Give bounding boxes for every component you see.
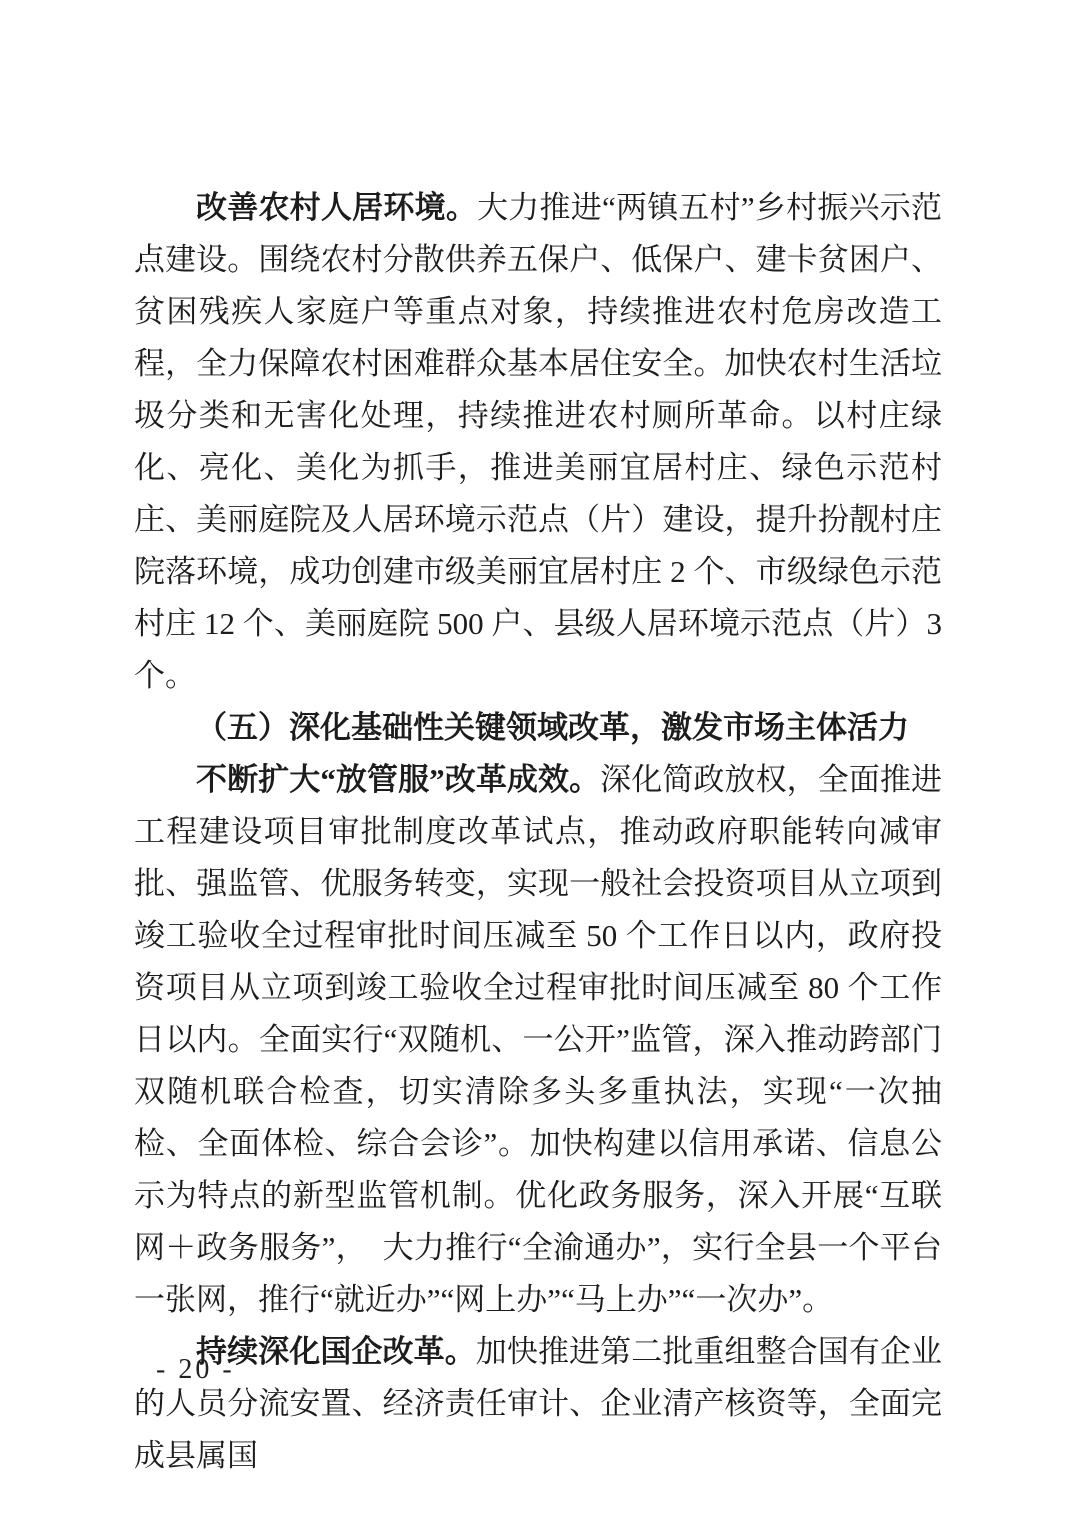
paragraph-text: 深化简政放权，全面推进工程建设项目审批制度改革试点，推动政府职能转向减审批、强监… bbox=[134, 762, 942, 1317]
paragraph-lead: 持续深化国企改革。 bbox=[196, 1334, 476, 1369]
section-heading-five: （五）深化基础性关键领域改革，激发市场主体活力 bbox=[134, 702, 942, 754]
document-page: 改善农村人居环境。大力推进“两镇五村”乡村振兴示范点建设。围绕农村分散供养五保户… bbox=[0, 0, 1074, 1520]
paragraph-text: 大力推进“两镇五村”乡村振兴示范点建设。围绕农村分散供养五保户、低保户、建卡贫困… bbox=[134, 190, 942, 693]
paragraph-rural-environment: 改善农村人居环境。大力推进“两镇五村”乡村振兴示范点建设。围绕农村分散供养五保户… bbox=[134, 182, 942, 702]
paragraph-lead: 改善农村人居环境。 bbox=[196, 190, 477, 225]
paragraph-fangguanfu-reform: 不断扩大“放管服”改革成效。深化简政放权，全面推进工程建设项目审批制度改革试点，… bbox=[134, 754, 942, 1326]
document-body: 改善农村人居环境。大力推进“两镇五村”乡村振兴示范点建设。围绕农村分散供养五保户… bbox=[134, 182, 942, 1482]
paragraph-soe-reform: 持续深化国企改革。加快推进第二批重组整合国有企业的人员分流安置、经济责任审计、企… bbox=[134, 1326, 942, 1482]
page-number: - 20 - bbox=[156, 1350, 235, 1390]
paragraph-lead: 不断扩大“放管服”改革成效。 bbox=[196, 762, 600, 797]
